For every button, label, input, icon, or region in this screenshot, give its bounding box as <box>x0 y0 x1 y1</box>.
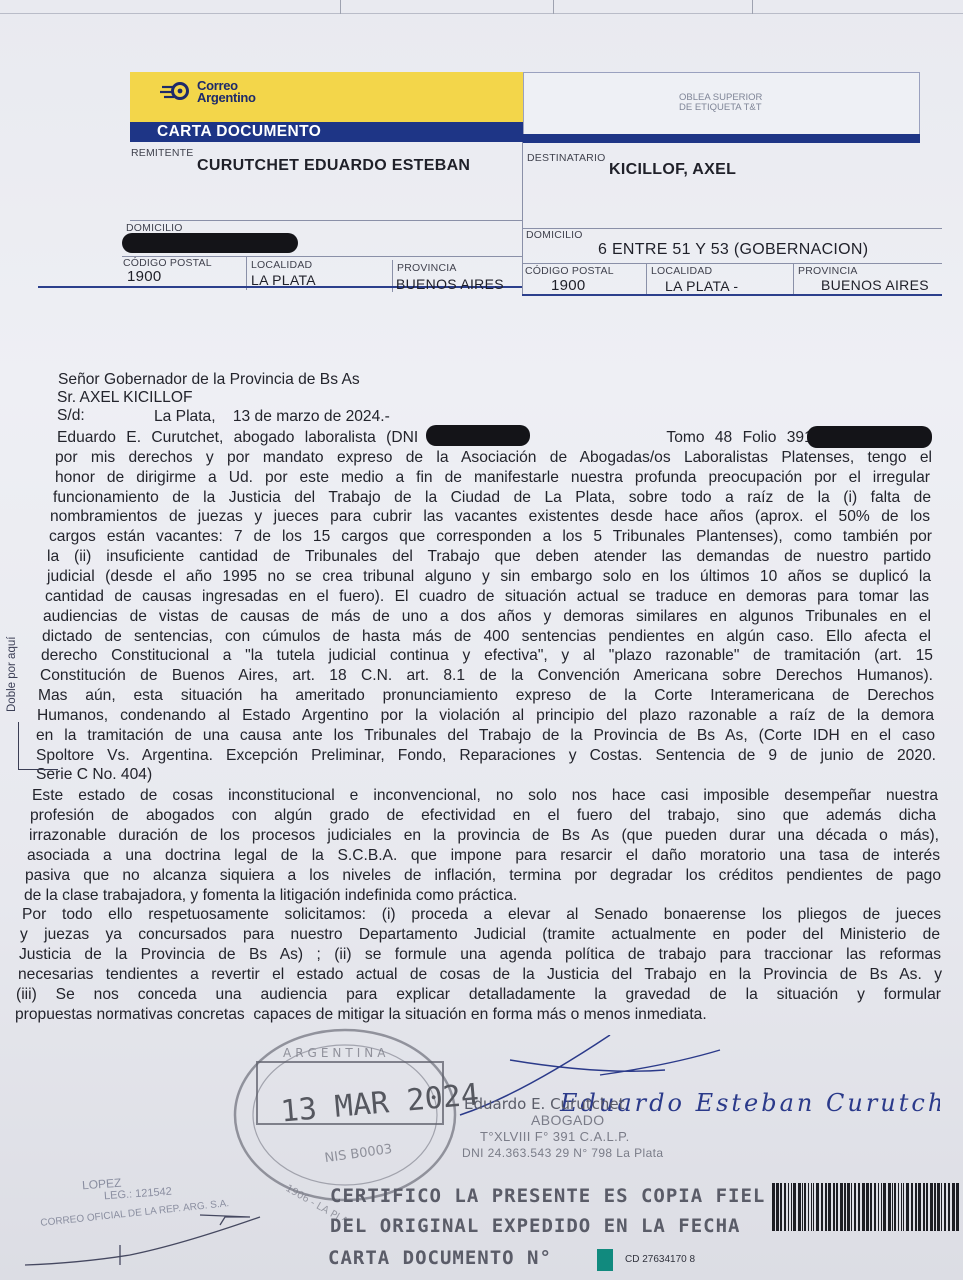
letter-line: honor de dirigirme a Ud. por este medio … <box>55 468 930 487</box>
certification-line: CERTIFICO LA PRESENTE ES COPIA FIEL <box>330 1185 765 1207</box>
letter-line: Constitución de Buenos Aires, art. 18 C.… <box>40 666 933 685</box>
signer-registration: T°XLVIII F° 391 C.A.L.P. <box>480 1129 630 1144</box>
cell-divider <box>646 263 647 295</box>
letter-line: y juezas ya concursados para nuestro Dep… <box>20 925 940 944</box>
footer-blue-line <box>522 294 942 296</box>
letter-line: Este estado de cosas inconstitucional e … <box>32 786 938 805</box>
salutation-line: Señor Gobernador de la Provincia de Bs A… <box>58 370 360 389</box>
certification-line: DEL ORIGINAL EXPEDIDO EN LA FECHA <box>330 1215 741 1237</box>
cd-tracking-number: CD 27634170 8 <box>625 1254 695 1265</box>
destinatario-name: KICILLOF, AXEL <box>609 161 736 179</box>
document-title: CARTA DOCUMENTO <box>157 123 321 141</box>
fold-here-note: Doble por aquí <box>6 612 24 712</box>
cell-divider <box>793 263 794 295</box>
letter-line: funcionamiento de la Justicia del Trabaj… <box>53 488 931 507</box>
letter-line: de la clase trabajadora, y fomenta la li… <box>24 886 584 905</box>
letter-line: dictado de sentencias, con cúmulos de ha… <box>42 627 931 646</box>
remitente-localidad: LA PLATA <box>251 272 316 288</box>
destinatario-domicilio-label: DOMICILIO <box>526 229 583 241</box>
signer-dni-address: DNI 24.363.543 29 N° 798 La Plata <box>462 1146 663 1160</box>
letter-line: la (ii) insuficiente cantidad de Tribuna… <box>47 547 931 566</box>
top-fold-edge <box>0 0 963 14</box>
letter-line: pasiva que no alcanza siquiera a los niv… <box>25 866 941 885</box>
letter-line: nombramientos de juezas y jueces para cu… <box>50 507 930 526</box>
brand-logo-block: Correo Argentino <box>130 72 523 124</box>
redacted-phone <box>807 426 932 448</box>
letter-line: Mas aún, esta situación ha ameritado pro… <box>38 686 934 705</box>
signer-title: ABOGADO <box>531 1112 605 1128</box>
letter-line: cargos están vacantes: 7 de los 15 cargo… <box>49 527 932 546</box>
letter-line: profesión de abogados con algún grado de… <box>30 806 936 825</box>
header-blue-stripe <box>523 134 920 143</box>
remitente-localidad-label: LOCALIDAD <box>251 259 312 271</box>
destinatario-localidad: LA PLATA - <box>665 278 738 294</box>
redacted-address <box>122 233 298 253</box>
letter-line: cantidad de causas ingresadas en el fuer… <box>45 587 929 606</box>
row-divider <box>522 263 942 264</box>
tracking-barcode <box>770 1183 963 1231</box>
remitente-cp: 1900 <box>127 268 162 285</box>
destinatario-label: DESTINATARIO <box>527 152 605 164</box>
letter-line: Spoltore Vs. Argentina. Excepción Prelim… <box>36 746 936 765</box>
remitente-provincia: BUENOS AIRES <box>396 276 504 292</box>
letter-line: necesarias tendientes a revertir el esta… <box>18 965 942 984</box>
brand-name: Correo Argentino <box>197 80 256 104</box>
letter-line: (iii) Se nos conceda una audiencia para … <box>16 985 941 1004</box>
letter-line: judicial (desde el año 1995 no se crea t… <box>47 567 931 586</box>
redacted-dni <box>426 425 530 446</box>
destinatario-provincia: BUENOS AIRES <box>821 277 929 293</box>
remitente-label: REMITENTE <box>131 147 193 159</box>
destinatario-domicilio: 6 ENTRE 51 Y 53 (GOBERNACION) <box>598 241 868 259</box>
row-divider <box>522 228 942 229</box>
destinatario-cp: 1900 <box>551 277 586 294</box>
remitente-name: CURUTCHET EDUARDO ESTEBAN <box>197 157 470 175</box>
margin-bracket <box>18 722 58 770</box>
salutation-line: Sr. AXEL KICILLOF <box>57 388 193 407</box>
correo-argentino-logo-icon <box>160 81 190 101</box>
destinatario-localidad-label: LOCALIDAD <box>651 265 712 277</box>
letter-line: Humanos, condenando al Estado Argentino … <box>37 706 934 725</box>
certification-line: CARTA DOCUMENTO N° <box>328 1247 552 1269</box>
svg-text:NIS B0003: NIS B0003 <box>324 1142 393 1166</box>
letter-line: Por todo ello respetuosamente solicitamo… <box>22 905 941 924</box>
sd-label: S/d: <box>57 406 85 425</box>
cell-divider <box>246 256 247 290</box>
destinatario-cp-label: CÓDIGO POSTAL <box>525 265 614 277</box>
officer-signature-scribble <box>20 1205 270 1275</box>
destinatario-provincia-label: PROVINCIA <box>798 265 858 277</box>
letter-line: por mis derechos y por mandato expreso d… <box>55 448 932 467</box>
oblea-tracking-box: OBLEA SUPERIOR DE ETIQUETA T&T <box>523 72 920 134</box>
svg-text:Eduardo E. Curutchet: Eduardo E. Curutchet <box>464 1095 625 1113</box>
svg-text:ARGENTINA: ARGENTINA <box>283 1046 389 1060</box>
document-title-bar: CARTA DOCUMENTO <box>130 122 523 142</box>
letter-line: en la tramitación de una causa ante los … <box>36 726 935 745</box>
letter-line: irrazonable duración de los procesos jud… <box>29 826 939 845</box>
carta-documento-page: Correo Argentino CARTA DOCUMENTO OBLEA S… <box>0 0 963 1280</box>
column-divider <box>522 142 523 294</box>
letter-line: Justicia de la Provincia de Bs As) ; (ii… <box>19 945 941 964</box>
tracking-color-marker <box>597 1249 613 1271</box>
remitente-provincia-label: PROVINCIA <box>397 262 457 274</box>
letter-line: audiencias de vistas de causas de más de… <box>43 607 931 626</box>
row-divider <box>130 220 522 221</box>
letter-line: asociada a una doctrina legal de la S.C.… <box>27 846 940 865</box>
letter-line: derecho Constitucional a "la tutela judi… <box>41 646 933 665</box>
place-date: La Plata, 13 de marzo de 2024.- <box>154 407 390 426</box>
oblea-label: OBLEA SUPERIOR DE ETIQUETA T&T <box>679 93 762 113</box>
